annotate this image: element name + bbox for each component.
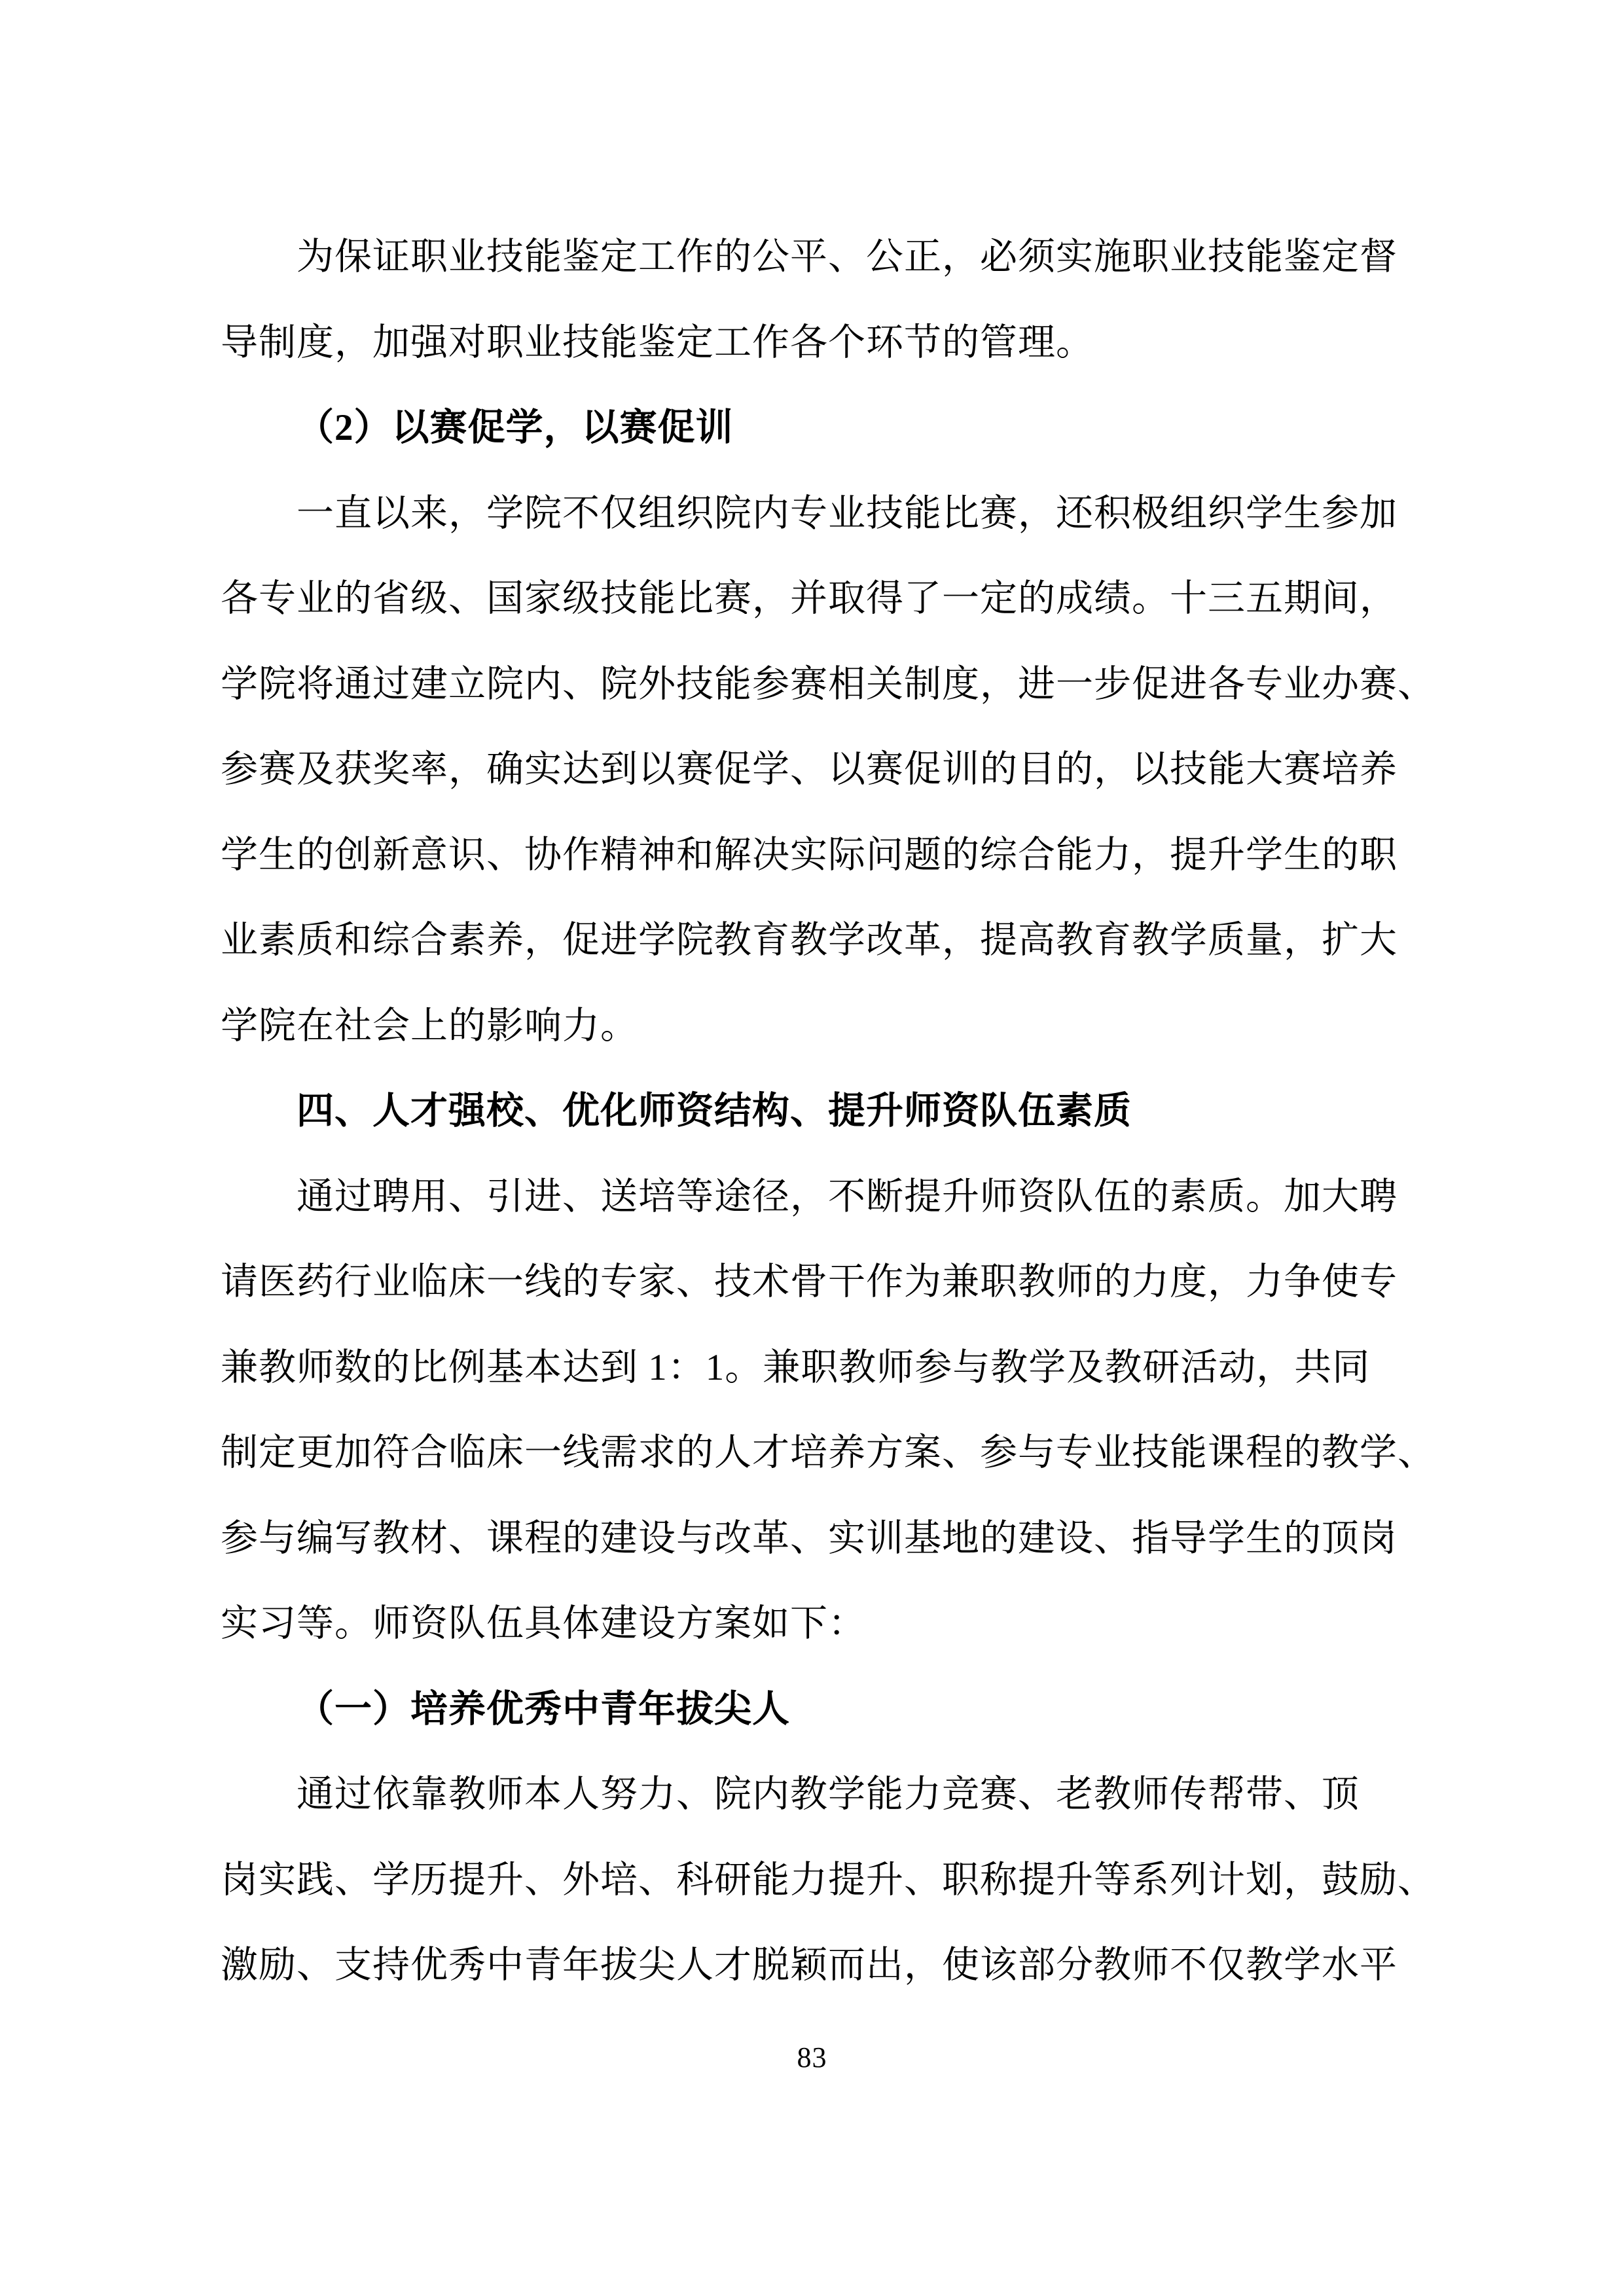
paragraph-line: 导制度，加强对职业技能鉴定工作各个环节的管理。	[221, 300, 1438, 386]
document-body: 为保证职业技能鉴定工作的公平、公正，必须实施职业技能鉴定督 导制度，加强对职业技…	[221, 215, 1438, 2009]
paragraph-line: 参赛及获奖率，确实达到以赛促学、以赛促训的目的，以技能大赛培养	[221, 727, 1438, 813]
subheading: （一）培养优秀中青年拔尖人	[221, 1667, 1438, 1753]
paragraph-line: 制定更加符合临床一线需求的人才培养方案、参与专业技能课程的教学、	[221, 1410, 1438, 1496]
paragraph-line: 各专业的省级、国家级技能比赛，并取得了一定的成绩。十三五期间，	[221, 556, 1438, 642]
paragraph-line: 参与编写教材、课程的建设与改革、实训基地的建设、指导学生的顶岗	[221, 1496, 1438, 1582]
paragraph-line: 激励、支持优秀中青年拔尖人才脱颖而出，使该部分教师不仅教学水平	[221, 1923, 1438, 2009]
paragraph-line: 学院在社会上的影响力。	[221, 984, 1438, 1069]
paragraph-line: 学院将通过建立院内、院外技能参赛相关制度，进一步促进各专业办赛、	[221, 642, 1438, 728]
paragraph-line: 实习等。师资队伍具体建设方案如下：	[221, 1581, 1438, 1667]
paragraph-line: 通过依靠教师本人努力、院内教学能力竞赛、老教师传帮带、顶	[221, 1752, 1438, 1838]
paragraph-line: 业素质和综合素养，促进学院教育教学改革，提高教育教学质量，扩大	[221, 898, 1438, 984]
paragraph-line: 请医药行业临床一线的专家、技术骨干作为兼职教师的力度，力争使专	[221, 1240, 1438, 1325]
document-page: 为保证职业技能鉴定工作的公平、公正，必须实施职业技能鉴定督 导制度，加强对职业技…	[0, 0, 1624, 2296]
paragraph-line: 为保证职业技能鉴定工作的公平、公正，必须实施职业技能鉴定督	[221, 215, 1438, 300]
paragraph-line: 岗实践、学历提升、外培、科研能力提升、职称提升等系列计划，鼓励、	[221, 1838, 1438, 1924]
paragraph-line: 通过聘用、引进、送培等途径，不断提升师资队伍的素质。加大聘	[221, 1155, 1438, 1240]
paragraph-line: 兼教师数的比例基本达到 1：1。兼职教师参与教学及教研活动，共同	[221, 1325, 1438, 1411]
subheading: （2）以赛促学，以赛促训	[221, 386, 1438, 471]
paragraph-line: 一直以来，学院不仅组织院内专业技能比赛，还积极组织学生参加	[221, 471, 1438, 557]
section-heading: 四、人才强校、优化师资结构、提升师资队伍素质	[221, 1069, 1438, 1155]
page-number: 83	[0, 2041, 1624, 2074]
paragraph-line: 学生的创新意识、协作精神和解决实际问题的综合能力，提升学生的职	[221, 813, 1438, 899]
